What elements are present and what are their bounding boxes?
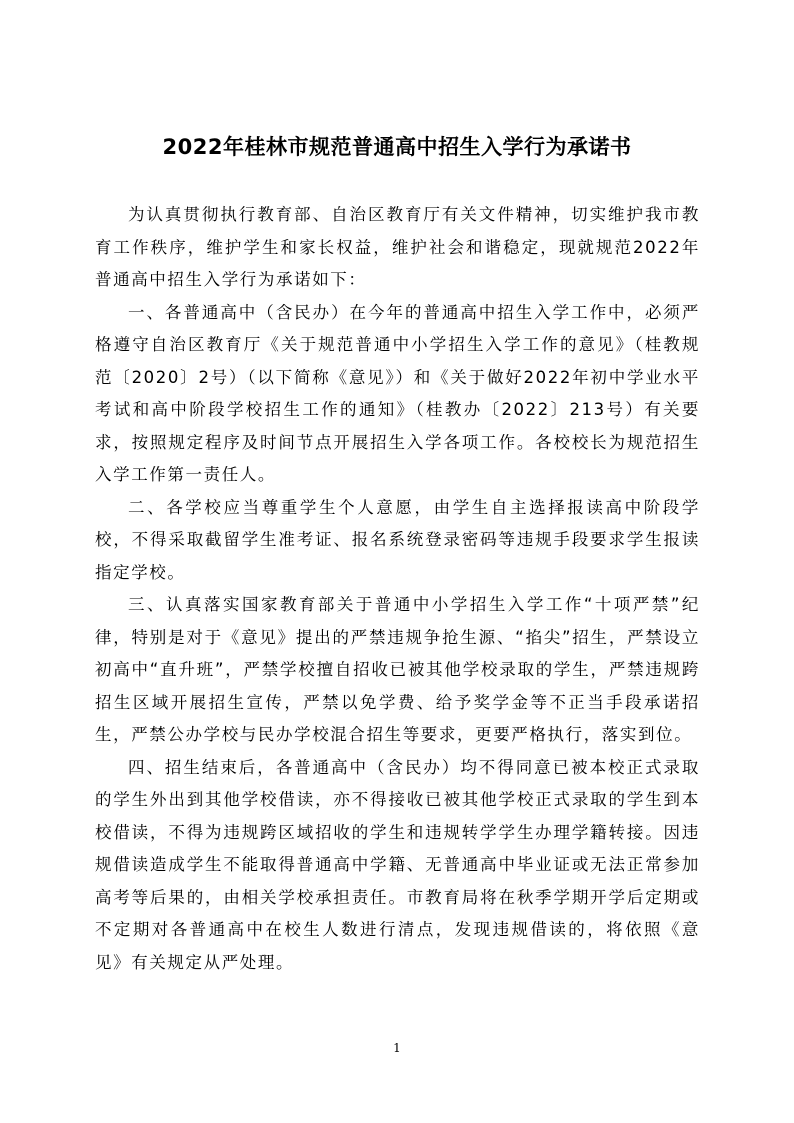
clause-1-paragraph: 一、各普通高中（含民办）在今年的普通高中招生入学工作中，必须严格遵守自治区教育厅… [95,297,700,492]
clause-2-paragraph: 二、各学校应当尊重学生个人意愿，由学生自主选择报读高中阶段学校，不得采取截留学生… [95,492,700,590]
intro-paragraph: 为认真贯彻执行教育部、自治区教育厅有关文件精神，切实维护我市教育工作秩序，维护学… [95,199,700,297]
page-number: 1 [0,1040,794,1056]
clause-3-paragraph: 三、认真落实国家教育部关于普通中小学招生入学工作“十项严禁”纪律，特别是对于《意… [95,589,700,752]
document-body: 为认真贯彻执行教育部、自治区教育厅有关文件精神，切实维护我市教育工作秩序，维护学… [95,199,700,979]
document-title: 2022年桂林市规范普通高中招生入学行为承诺书 [0,131,794,163]
document-page: 2022年桂林市规范普通高中招生入学行为承诺书 为认真贯彻执行教育部、自治区教育… [0,0,794,1123]
clause-4-paragraph: 四、招生结束后，各普通高中（含民办）均不得同意已被本校正式录取的学生外出到其他学… [95,752,700,980]
